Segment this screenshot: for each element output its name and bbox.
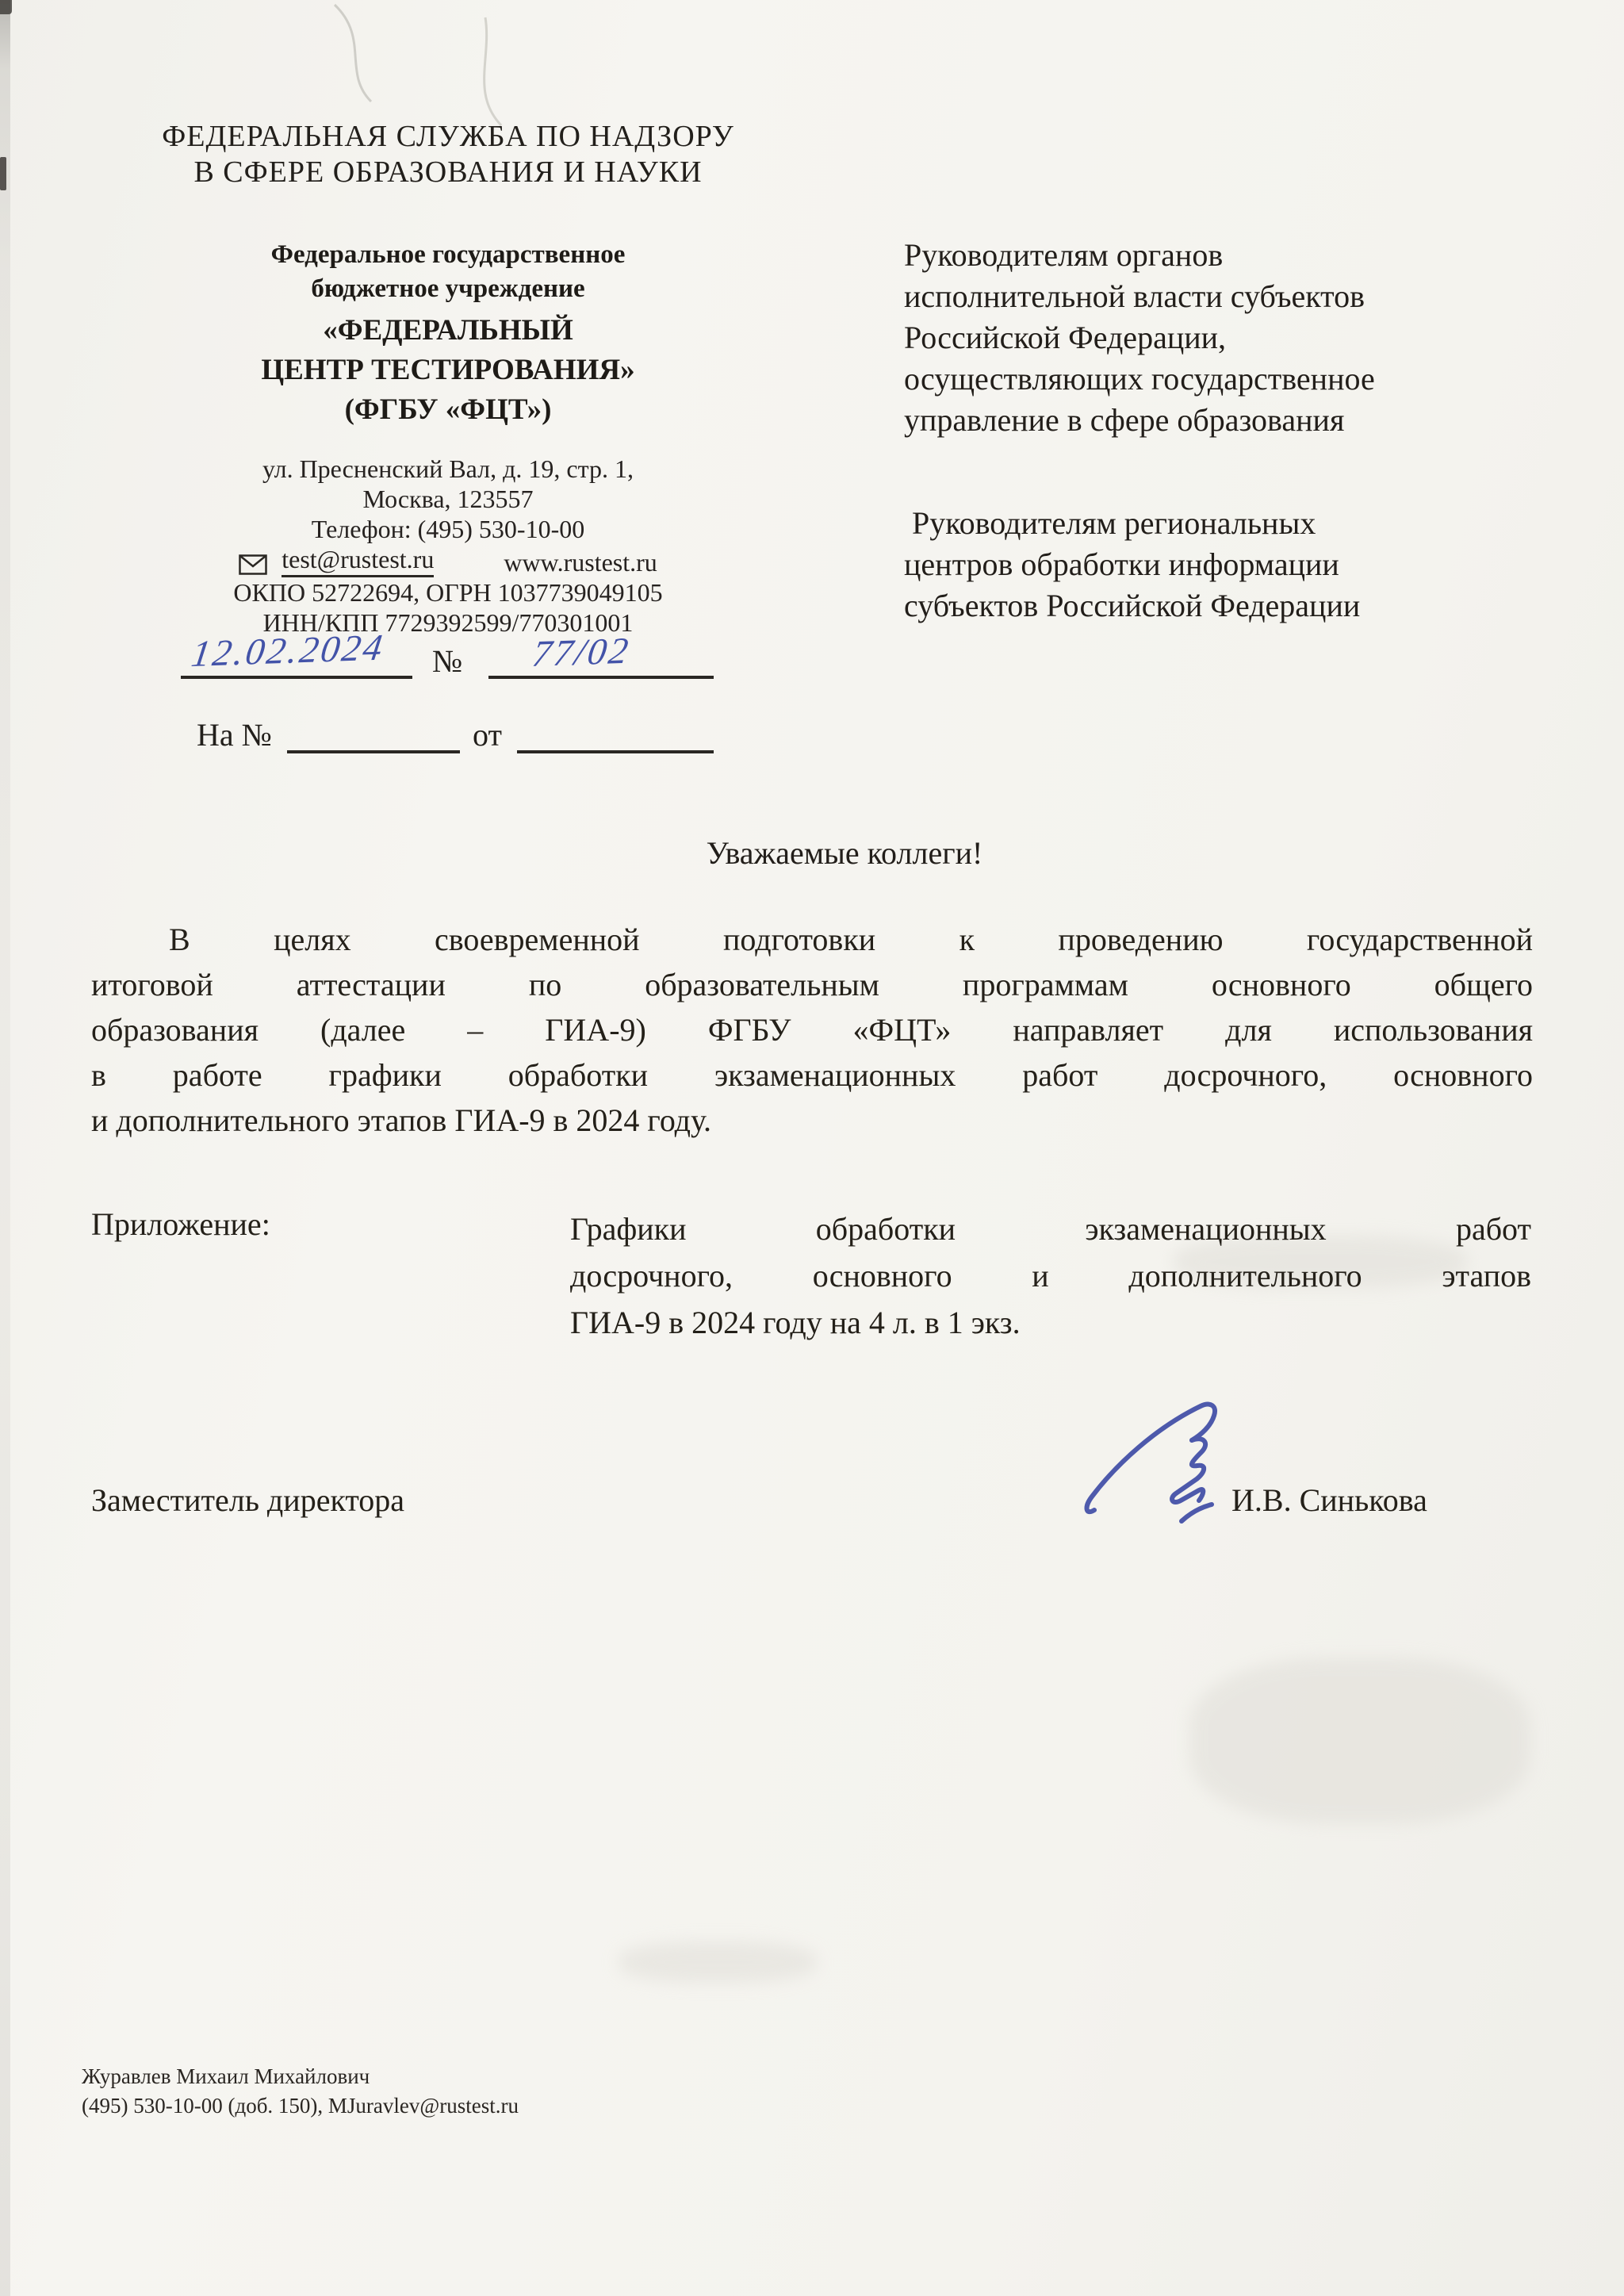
signatory-name: И.В. Синькова bbox=[1231, 1481, 1427, 1519]
email-website-row: test@rustest.ru www.rustest.ru bbox=[99, 544, 797, 577]
agency-name-line: В СФЕРЕ ОБРАЗОВАНИЯ И НАУКИ bbox=[99, 155, 797, 190]
org-address-line: Москва, 123557 bbox=[99, 484, 797, 514]
body-line: итоговой аттестации по образовательным п… bbox=[91, 962, 1533, 1007]
website-address: www.rustest.ru bbox=[504, 547, 657, 577]
addressee-line: Руководителям региональных bbox=[904, 503, 1546, 544]
addressee-line: Российской Федерации, bbox=[904, 317, 1546, 358]
organization-contacts-block: ул. Пресненский Вал, д. 19, стр. 1, Моск… bbox=[99, 454, 797, 638]
organization-name-block: Федеральное государственное бюджетное уч… bbox=[99, 238, 797, 430]
reply-from-label: от bbox=[473, 716, 502, 753]
agency-name-line: ФЕДЕРАЛЬНАЯ СЛУЖБА ПО НАДЗОРУ bbox=[99, 119, 797, 155]
org-phone-line: Телефон: (495) 530-10-00 bbox=[99, 514, 797, 544]
signatory-position: Заместитель директора bbox=[91, 1481, 404, 1519]
number-sign: № bbox=[432, 642, 462, 680]
salutation: Уважаемые коллеги! bbox=[91, 834, 1598, 872]
addressee-block-1: Руководителям органов исполнительной вла… bbox=[904, 235, 1546, 441]
addressee-line: осуществляющих государственное bbox=[904, 358, 1546, 400]
reply-number-blank-line bbox=[287, 750, 460, 753]
scan-edge-dark-mark bbox=[0, 157, 6, 190]
body-line: и дополнительного этапов ГИА-9 в 2024 го… bbox=[91, 1098, 1533, 1143]
attachment-line: досрочного, основного и дополнительного … bbox=[570, 1252, 1531, 1299]
scan-corner-artifact bbox=[0, 0, 12, 14]
handwritten-signature bbox=[1080, 1393, 1239, 1535]
executor-name: Журавлев Михаил Михайлович bbox=[82, 2062, 519, 2091]
email-address: test@rustest.ru bbox=[282, 544, 434, 577]
addressee-line: исполнительной власти субъектов bbox=[904, 276, 1546, 317]
organization-name-line: (ФГБУ «ФЦТ») bbox=[99, 390, 797, 430]
number-blank-line bbox=[488, 676, 714, 679]
attachment-line: ГИА-9 в 2024 году на 4 л. в 1 экз. bbox=[570, 1299, 1531, 1346]
organization-name-line: Федеральное государственное bbox=[99, 238, 797, 272]
handwritten-number: 77/02 bbox=[530, 630, 633, 676]
addressee-block-2: Руководителям региональных центров обраб… bbox=[904, 503, 1546, 627]
handwritten-date: 12.02.2024 bbox=[189, 627, 387, 676]
organization-name-line: бюджетное учреждение bbox=[99, 272, 797, 306]
body-line: В целях своевременной подготовки к прове… bbox=[91, 917, 1533, 962]
envelope-icon bbox=[239, 554, 267, 575]
org-registry-line: ОКПО 52722694, ОГРН 1037739049105 bbox=[99, 577, 797, 608]
reply-number-label: На № bbox=[197, 716, 272, 753]
body-line: образования (далее – ГИА-9) ФГБУ «ФЦТ» н… bbox=[91, 1007, 1533, 1052]
attachment-line: Графики обработки экзаменационных работ bbox=[570, 1205, 1531, 1252]
executor-contacts: Журавлев Михаил Михайлович (495) 530-10-… bbox=[82, 2062, 519, 2121]
reply-date-blank-line bbox=[517, 750, 714, 753]
organization-name-line: ЦЕНТР ТЕСТИРОВАНИЯ» bbox=[99, 351, 797, 390]
org-address-line: ул. Пресненский Вал, д. 19, стр. 1, bbox=[99, 454, 797, 484]
organization-name-line: «ФЕДЕРАЛЬНЫЙ bbox=[99, 311, 797, 351]
date-blank-line bbox=[181, 676, 412, 679]
body-line: в работе графики обработки экзаменационн… bbox=[91, 1052, 1533, 1098]
addressee-line: управление в сфере образования bbox=[904, 400, 1546, 441]
addressee-line: Руководителям органов bbox=[904, 235, 1546, 276]
addressee-line: субъектов Российской Федерации bbox=[904, 585, 1546, 627]
scanned-letter-page: ФЕДЕРАЛЬНАЯ СЛУЖБА ПО НАДЗОРУ В СФЕРЕ ОБ… bbox=[0, 0, 1624, 2296]
executor-phone-email: (495) 530-10-00 (доб. 150), MJuravlev@ru… bbox=[82, 2091, 519, 2121]
bleed-through-smudge bbox=[1189, 1658, 1530, 1824]
scan-edge-artifact bbox=[0, 0, 10, 2296]
addressee-line: центров обработки информации bbox=[904, 544, 1546, 585]
attachment-label: Приложение: bbox=[91, 1205, 270, 1243]
agency-name: ФЕДЕРАЛЬНАЯ СЛУЖБА ПО НАДЗОРУ В СФЕРЕ ОБ… bbox=[99, 119, 797, 190]
bleed-through-smudge bbox=[619, 1941, 817, 1983]
